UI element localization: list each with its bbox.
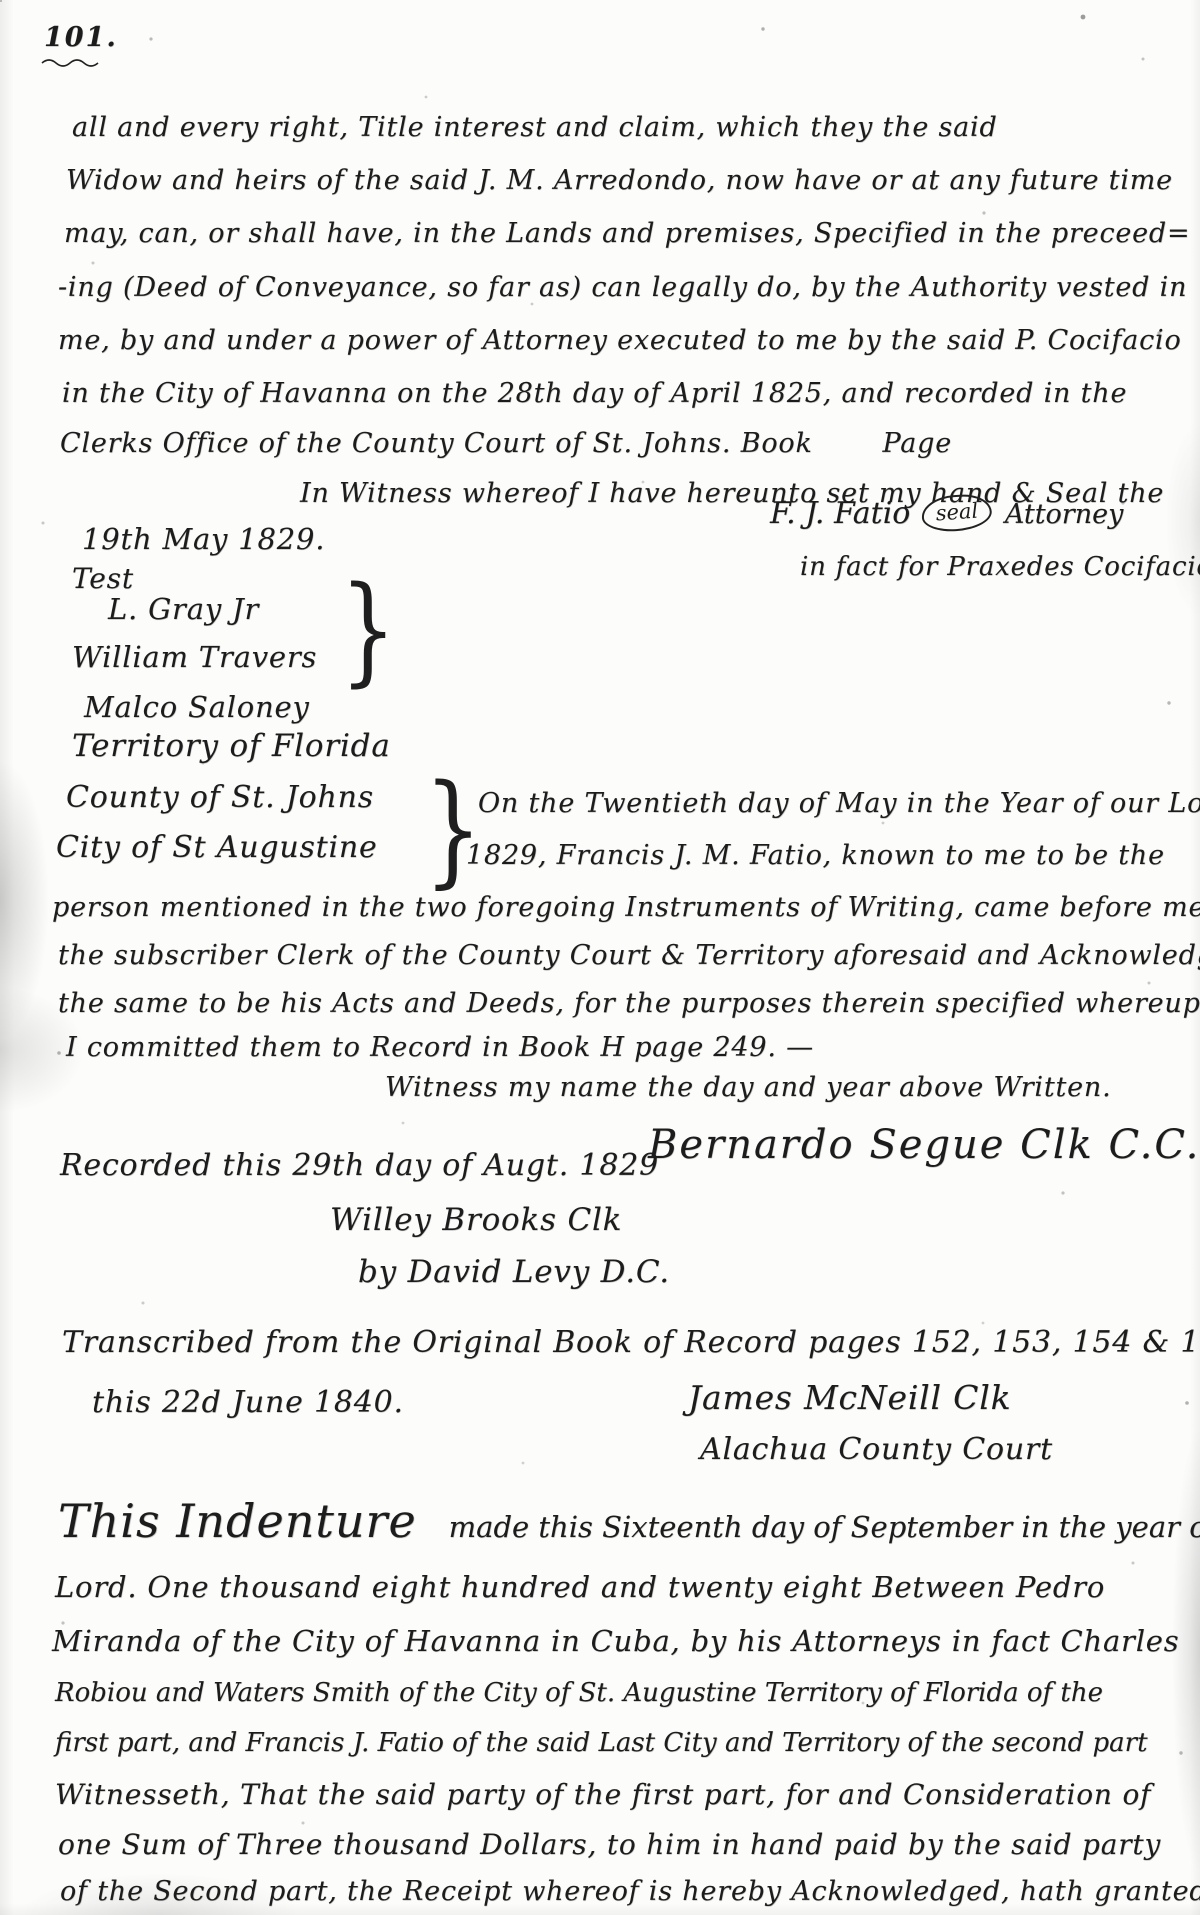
recorded-line: Recorded this 29th day of Augt. 1829 — [60, 1148, 659, 1183]
transcription-line: Transcribed from the Original Book of Re… — [62, 1325, 1200, 1360]
acknowledgment-line: the same to be his Acts and Deeds, for t… — [58, 988, 1200, 1019]
deed-text-line: in the City of Havanna on the 28th day o… — [62, 378, 1127, 409]
transcribing-clerk-signature: James McNeill Clk — [688, 1378, 1011, 1417]
indenture-line: of the Second part, the Receipt whereof … — [60, 1876, 1200, 1907]
acknowledgment-line: I committed them to Record in Book H pag… — [66, 1032, 814, 1063]
acknowledgment-line: person mentioned in the two foregoing In… — [52, 892, 1200, 923]
deed-text-line: all and every right, Title interest and … — [72, 112, 998, 143]
signature-title: Attorney — [1005, 499, 1124, 530]
venue-line: City of St Augustine — [56, 830, 378, 865]
clerk-name: Willey Brooks Clk — [330, 1202, 622, 1238]
page-number-underline — [40, 56, 104, 68]
deed-text-line: Clerks Office of the County Court of St.… — [60, 428, 952, 459]
scanned-deed-page: 101. all and every right, Title interest… — [0, 0, 1200, 1915]
venue-line: Territory of Florida — [72, 728, 391, 764]
indenture-line: Lord. One thousand eight hundred and twe… — [55, 1570, 1105, 1604]
venue-brace-icon: } — [424, 768, 482, 890]
indenture-line: first part, and Francis J. Fatio of the … — [55, 1728, 1148, 1758]
clerk-signature: Bernardo Segue Clk C.C. — [648, 1122, 1200, 1168]
witness-name: Malco Saloney — [84, 690, 310, 724]
indenture-line: Robiou and Waters Smith of the City of S… — [55, 1678, 1103, 1708]
witness-name: L. Gray Jr — [108, 592, 259, 626]
deed-text-line: Widow and heirs of the said J. M. Arredo… — [66, 165, 1173, 196]
deed-text-line: me, by and under a power of Attorney exe… — [58, 325, 1182, 356]
acknowledgment-line: the subscriber Clerk of the County Court… — [58, 940, 1200, 971]
execution-date: 19th May 1829. — [82, 522, 325, 556]
acknowledgment-opening-line: On the Twentieth day of May in the Year … — [478, 788, 1200, 819]
deed-text-line: may, can, or shall have, in the Lands an… — [64, 218, 1190, 249]
seal-badge: seal — [921, 493, 994, 534]
indenture-line: Witnesseth, That the said party of the f… — [55, 1778, 1151, 1811]
deed-text-line: -ing (Deed of Conveyance, so far as) can… — [58, 272, 1187, 303]
signature-name: F. J. Fatio — [770, 496, 910, 531]
indenture-lead: This Indenture — [58, 1494, 417, 1548]
court-name: Alachua County Court — [700, 1432, 1053, 1467]
signature-capacity: in fact for Praxedes Cocifacio — [800, 552, 1200, 582]
witnesses-brace-icon: } — [340, 570, 396, 688]
transcription-date: this 22d June 1840. — [92, 1385, 404, 1420]
attestation-line: Witness my name the day and year above W… — [385, 1072, 1111, 1103]
signature-line: F. J. Fatio seal Attorney — [770, 496, 1123, 535]
acknowledgment-opening-line: 1829, Francis J. M. Fatio, known to me t… — [466, 840, 1165, 871]
indenture-line: Miranda of the City of Havanna in Cuba, … — [52, 1624, 1179, 1658]
venue-line: County of St. Johns — [66, 780, 374, 815]
witness-name: William Travers — [72, 640, 317, 674]
deputy-clerk-line: by David Levy D.C. — [358, 1254, 670, 1290]
indenture-line: one Sum of Three thousand Dollars, to hi… — [58, 1828, 1161, 1861]
page-number: 101. — [44, 22, 118, 53]
indenture-opening-line: This Indenture made this Sixteenth day o… — [58, 1494, 1200, 1548]
attest-label: Test — [72, 562, 134, 595]
indenture-lead-rest: made this Sixteenth day of September in … — [449, 1510, 1200, 1544]
